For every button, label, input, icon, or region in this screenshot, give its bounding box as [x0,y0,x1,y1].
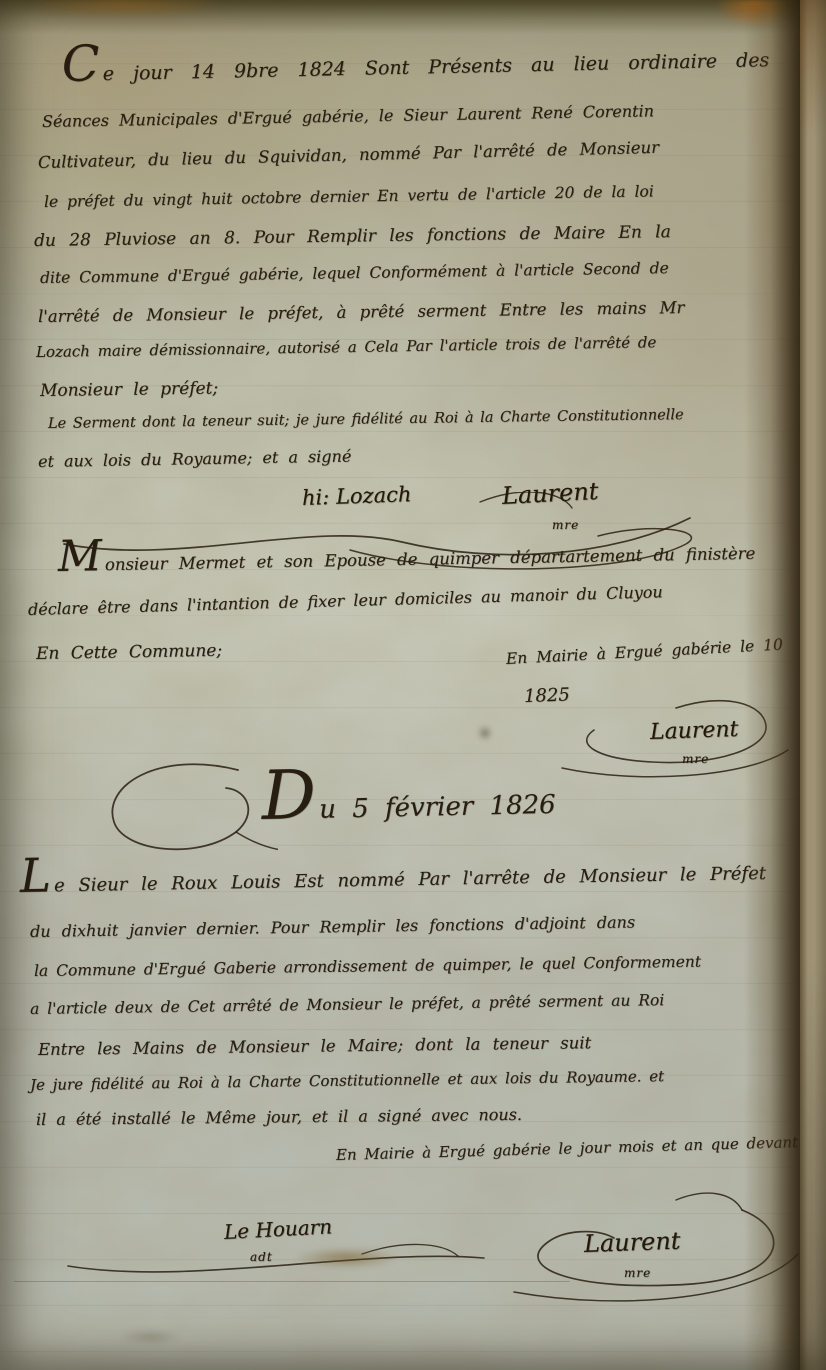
text-line: Je jure fidélité au Roi à la Charte Cons… [30,1067,664,1094]
dateline: En Mairie à Ergué gabérie le jour mois e… [336,1133,799,1164]
signature-le-houarn: Le Houarn [223,1214,332,1244]
gutter-shadow [744,0,802,1370]
text-line: Le Sieur le Roux Louis Est nommé Par l'a… [20,863,766,897]
signature-le-houarn-title: adt [250,1250,273,1264]
text-line: la Commune d'Ergué Gaberie arrondissemen… [34,953,701,980]
ink-stain [296,1248,396,1268]
heading-flourish [88,756,278,866]
text-line: a l'article deux de Cet arrêté de Monsie… [30,991,665,1018]
adjacent-page-shade [800,0,826,1370]
record-heading: Du 5 février 1826 [262,790,556,826]
signature-laurent-title: mre [624,1266,651,1280]
manuscript-page: Ce jour 14 9bre 1824 Sont Présents au li… [0,0,826,1370]
text-line: il a été installé le Même jour, et il a … [36,1105,522,1129]
top-left-stain [30,0,220,16]
record-1826: Du 5 février 1826 Le Sieur le Roux Louis… [0,0,826,1370]
pencil-line [14,1281,570,1282]
signature-laurent: Laurent [584,1227,681,1258]
text-line: du dixhuit janvier dernier. Pour Remplir… [30,912,635,941]
text-line: Entre les Mains de Monsieur le Maire; do… [38,1033,591,1059]
